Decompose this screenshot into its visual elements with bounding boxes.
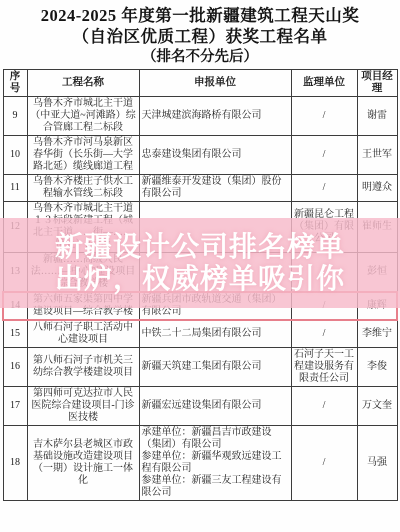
header-manager: 项目经理 [357, 70, 397, 97]
cell-project-name: 乌鲁木齐市城北主干道１３标段新建工程（城北主干道……街—……馆处）2标段 [27, 202, 139, 253]
cell-no: 9 [3, 97, 27, 136]
header-supervisor: 监理单位 [291, 70, 357, 97]
table-row: 17第四师可克达拉市人民医院综合建设项目-门诊医技楼新疆宏远建设集团有限公司/万… [3, 387, 397, 426]
cell-no: 13 [3, 253, 27, 293]
cell-manager: 康辉 [357, 292, 397, 320]
cell-applicant: 新疆宏远建设集团有限公司 [139, 387, 291, 426]
cell-manager: 彭恒 [357, 253, 397, 293]
cell-supervisor: / [291, 426, 357, 501]
cell-supervisor: / [291, 320, 357, 348]
cell-manager: 崔师生 [357, 202, 397, 253]
cell-supervisor: / [291, 387, 357, 426]
cell-no: 15 [3, 320, 27, 348]
cell-supervisor: / [291, 292, 357, 320]
title-line-3: （排名不分先后） [0, 47, 400, 67]
table-row: 9乌鲁木齐市城北主干道（中亚大道~河滩路）综合管廊工程二标段天津城建滨海路桥有限… [3, 97, 397, 136]
cell-no: 17 [3, 387, 27, 426]
document-title: 2024-2025 年度第一批新疆建筑工程天山奖 （自治区优质工程）获奖工程名单… [0, 0, 400, 67]
cell-applicant: 天津城建滨海路桥有限公司 [139, 97, 291, 136]
cell-applicant [139, 253, 291, 293]
cell-applicant: 新疆兵团市政轨道交通（集团）有限公司 [139, 292, 291, 320]
header-project-name: 工程名称 [27, 70, 139, 97]
cell-supervisor: 新疆昆仑工程（集团）有限公司 [291, 202, 357, 253]
cell-no: 12 [3, 202, 27, 253]
cell-project-name: 新疆……高级人民法……—中心”建设项目综合教学楼 [27, 253, 139, 293]
cell-project-name: 乌鲁木齐楼庄子供水工程输水管线二标段 [27, 175, 139, 202]
cell-supervisor: / [291, 136, 357, 175]
table-row: 12乌鲁木齐市城北主干道１３标段新建工程（城北主干道……街—……馆处）2标段新疆… [3, 202, 397, 253]
cell-manager: 李俊 [357, 348, 397, 387]
award-projects-table: 序号工程名称申报单位监理单位项目经理 9乌鲁木齐市城北主干道（中亚大道~河滩路）… [2, 69, 398, 501]
cell-project-name: 八师石河子职工活动中心建设项目 [27, 320, 139, 348]
header-no: 序号 [3, 70, 27, 97]
cell-supervisor: / [291, 97, 357, 136]
table-row: 16第八师石河子市机关三幼综合教学楼建设项目新疆天筑建工集团有限公司石河子天一工… [3, 348, 397, 387]
cell-no: 14 [3, 292, 27, 320]
cell-manager: 明遵众 [357, 175, 397, 202]
table-row: 10乌鲁木齐市河马泉新区春华街（长乐街—大学路北延）缆线廊道工程忠泰建设集团有限… [3, 136, 397, 175]
table-row: 15八师石河子职工活动中心建设项目中铁二十二局集团有限公司/李维宁 [3, 320, 397, 348]
cell-applicant: 新疆维泰开发建设（集团）股份有限公司 [139, 175, 291, 202]
cell-manager: 谢雷 [357, 97, 397, 136]
table-row: 13新疆……高级人民法……—中心”建设项目综合教学楼彭恒 [3, 253, 397, 293]
table-header-row: 序号工程名称申报单位监理单位项目经理 [3, 70, 397, 97]
cell-applicant: 新疆天筑建工集团有限公司 [139, 348, 291, 387]
cell-applicant: 承建单位：新疆昌吉市政建设（集团）有限公司 参建单位：新疆华观致远建设工程有限公… [139, 426, 291, 501]
cell-supervisor [291, 253, 357, 293]
cell-project-name: 第八师石河子市机关三幼综合教学楼建设项目 [27, 348, 139, 387]
cell-project-name: 第四师可克达拉市人民医院综合建设项目-门诊医技楼 [27, 387, 139, 426]
cell-project-name: 乌鲁木齐市河马泉新区春华街（长乐街—大学路北延）缆线廊道工程 [27, 136, 139, 175]
cell-manager: 王世军 [357, 136, 397, 175]
cell-supervisor: / [291, 175, 357, 202]
cell-supervisor: 石河子天一工程建设服务有限责任公司 [291, 348, 357, 387]
cell-applicant [139, 202, 291, 253]
cell-manager: 李维宁 [357, 320, 397, 348]
cell-manager: 万文奎 [357, 387, 397, 426]
cell-project-name: 吉木萨尔县老城区市政基础设施改造建设项目（一期）设计施工一体化 [27, 426, 139, 501]
title-line-2: （自治区优质工程）获奖工程名单 [0, 26, 400, 47]
cell-applicant: 中铁二十二局集团有限公司 [139, 320, 291, 348]
cell-project-name: 乌鲁木齐市城北主干道（中亚大道~河滩路）综合管廊工程二标段 [27, 97, 139, 136]
table-row: 14第六师五家渠第四中学建设项目—综合教学楼新疆兵团市政轨道交通（集团）有限公司… [3, 292, 397, 320]
cell-no: 16 [3, 348, 27, 387]
cell-no: 11 [3, 175, 27, 202]
title-line-1: 2024-2025 年度第一批新疆建筑工程天山奖 [0, 5, 400, 26]
header-applicant: 申报单位 [139, 70, 291, 97]
cell-no: 18 [3, 426, 27, 501]
table-row: 18吉木萨尔县老城区市政基础设施改造建设项目（一期）设计施工一体化承建单位：新疆… [3, 426, 397, 501]
cell-no: 10 [3, 136, 27, 175]
cell-manager: 马强 [357, 426, 397, 501]
table-row: 11乌鲁木齐楼庄子供水工程输水管线二标段新疆维泰开发建设（集团）股份有限公司/明… [3, 175, 397, 202]
document-page: 2024-2025 年度第一批新疆建筑工程天山奖 （自治区优质工程）获奖工程名单… [0, 0, 400, 532]
cell-applicant: 忠泰建设集团有限公司 [139, 136, 291, 175]
cell-project-name: 第六师五家渠第四中学建设项目—综合教学楼 [27, 292, 139, 320]
